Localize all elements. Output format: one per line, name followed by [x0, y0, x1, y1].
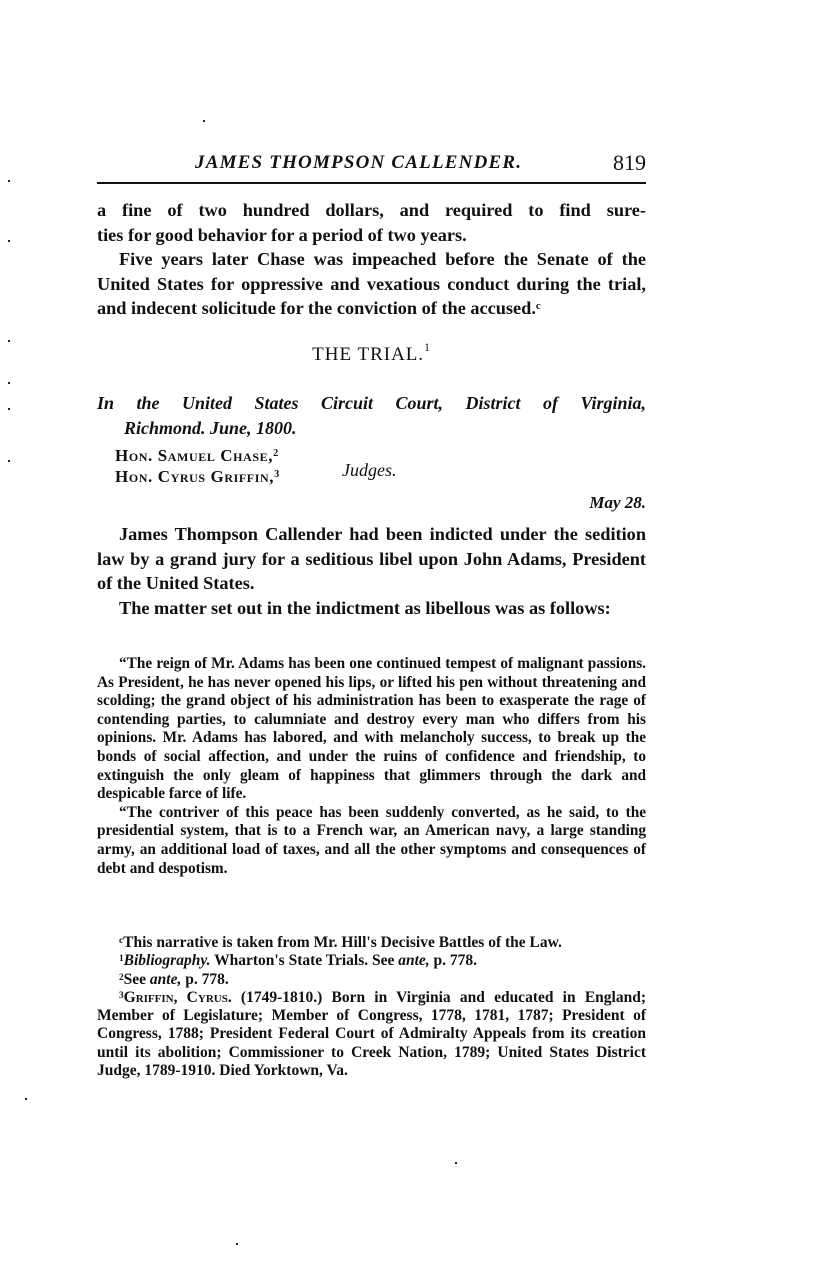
- body-paragraph-2: The matter set out in the indictment as …: [97, 596, 646, 621]
- judges-list: Hon. Samuel Chase,2 Hon. Cyrus Griffin,3: [115, 445, 280, 487]
- running-head: JAMES THOMPSON CALLENDER. 819: [97, 150, 646, 180]
- footnote-ref: ante,: [150, 971, 181, 988]
- footnote-1: 1Bibliography. Wharton's State Trials. S…: [97, 952, 646, 970]
- judge-griffin: Hon. Cyrus Griffin,3: [115, 466, 280, 487]
- scan-speck: [8, 340, 10, 342]
- footnote-ref-3: 3: [274, 469, 280, 480]
- footnote-text: See: [124, 971, 150, 988]
- judges-label: Judges.: [342, 460, 396, 481]
- footnote-tail: p. 778.: [430, 952, 477, 969]
- scan-speck: [455, 1162, 457, 1164]
- judge-name: Hon. Samuel Chase,: [115, 446, 273, 465]
- scan-speck: [236, 1243, 238, 1245]
- scan-speck: [8, 180, 10, 182]
- section-title: THE TRIAL.1: [97, 344, 646, 366]
- scan-speck: [8, 460, 10, 462]
- footnote-ref-c: c: [536, 300, 541, 312]
- footnote-text: Wharton's State Trials. See: [211, 952, 399, 969]
- scan-speck: [8, 408, 10, 410]
- scan-speck: [8, 240, 10, 242]
- footnote-ref-1: 1: [424, 342, 431, 354]
- body-paragraph-1: James Thompson Callender had been indict…: [97, 522, 646, 596]
- libel-quote: “The reign of Mr. Adams has been one con…: [97, 655, 646, 878]
- indictment-text: James Thompson Callender had been indict…: [97, 522, 646, 596]
- judge-name: Hon. Cyrus Griffin,: [115, 467, 274, 486]
- footnote-text: This narrative is taken from Mr. Hill's …: [123, 934, 562, 951]
- scan-speck: [25, 1098, 27, 1100]
- footnote-lead: Griffin, Cyrus.: [124, 989, 232, 1006]
- intro-paragraph-1: a fine of two hundred dollars, and requi…: [97, 198, 646, 247]
- footnote-lead: Bibliography.: [124, 952, 211, 969]
- section-title-text: THE TRIAL.: [312, 344, 424, 365]
- header-rule: [97, 182, 646, 184]
- footnote-2: 2See ante, p. 778.: [97, 971, 646, 989]
- footnote-mark: c: [119, 936, 123, 946]
- quote-paragraph-1: “The reign of Mr. Adams has been one con…: [97, 655, 646, 804]
- intro-paragraph-2: Five years later Chase was impeached bef…: [97, 247, 646, 321]
- footnote-tail: p. 778.: [181, 971, 228, 988]
- intro-line-2: ties for good behavior for a period of t…: [97, 223, 646, 248]
- court-line-2: Richmond. June, 1800.: [97, 416, 646, 441]
- footnote-mark: 1: [119, 954, 124, 964]
- page-number: 819: [613, 150, 646, 176]
- judge-chase: Hon. Samuel Chase,2: [115, 445, 280, 466]
- libel-intro-text: The matter set out in the indictment as …: [97, 596, 646, 621]
- footnote-mark: 2: [119, 973, 124, 983]
- footnote-ref-2: 2: [273, 448, 279, 459]
- court-heading: In the United States Circuit Court, Dist…: [97, 391, 646, 441]
- footnote-3: 3Griffin, Cyrus. (1749-1810.) Born in Vi…: [97, 989, 646, 1080]
- running-title: JAMES THOMPSON CALLENDER.: [195, 152, 522, 174]
- impeachment-text: Five years later Chase was impeached bef…: [97, 247, 646, 321]
- footnotes: cThis narrative is taken from Mr. Hill's…: [97, 934, 646, 1080]
- trial-date: May 28.: [589, 493, 646, 513]
- footnote-ref: ante,: [398, 952, 429, 969]
- footnote-c: cThis narrative is taken from Mr. Hill's…: [97, 934, 646, 952]
- footnote-mark: 3: [119, 991, 124, 1001]
- intro-line-1: a fine of two hundred dollars, and requi…: [97, 198, 646, 223]
- scan-speck: [8, 382, 10, 384]
- court-line-1: In the United States Circuit Court, Dist…: [97, 391, 646, 416]
- impeachment-text-body: Five years later Chase was impeached bef…: [97, 249, 646, 318]
- quote-paragraph-2: “The contriver of this peace has been su…: [97, 804, 646, 878]
- scan-speck: [203, 120, 205, 122]
